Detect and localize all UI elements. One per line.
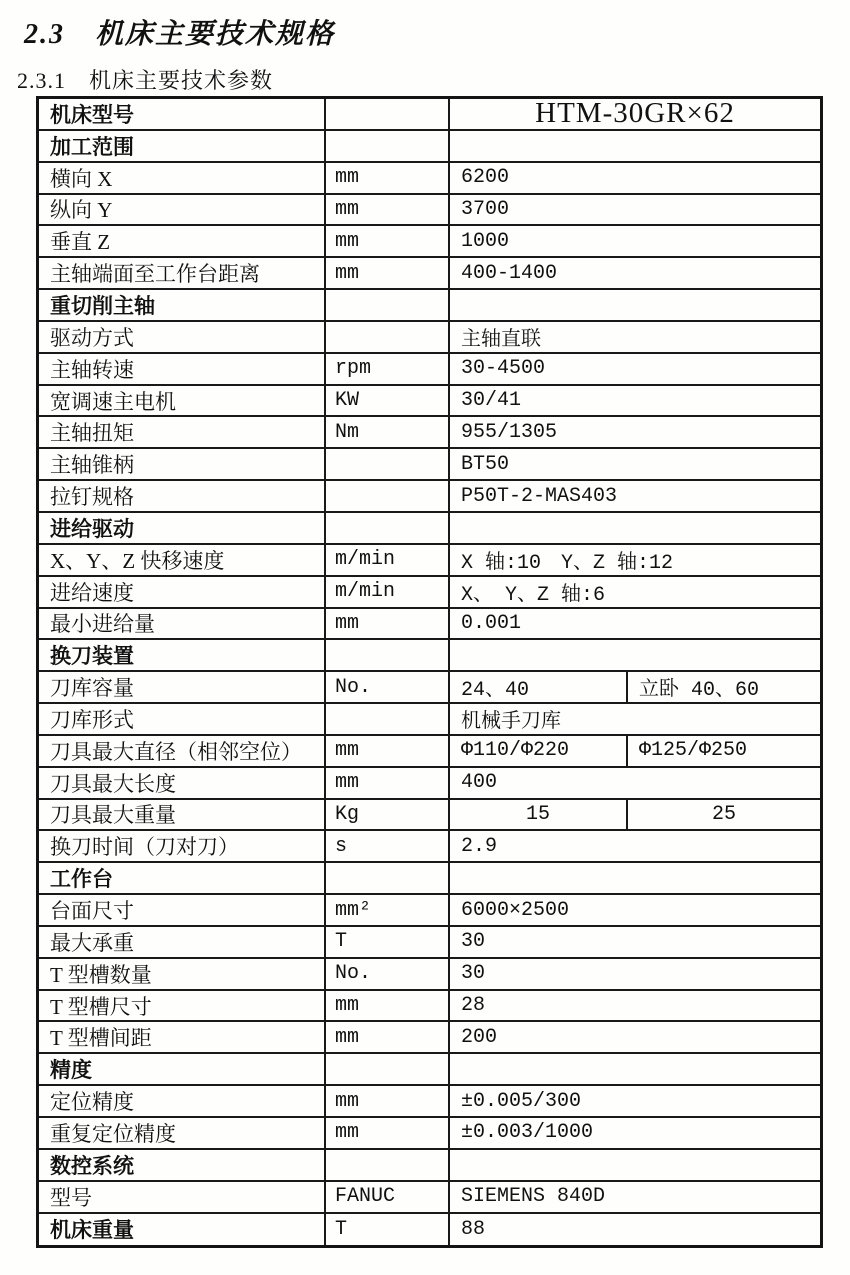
spec-unit-cell: rpm [326,354,450,384]
spec-label-cell: 换刀时间（刀对刀） [39,831,326,861]
spec-value-cell: 88 [450,1214,820,1246]
section-title: 2.3 机床主要技术规格 [24,12,335,52]
spec-unit-cell: s [326,831,450,861]
spec-unit-cell: mm [326,1086,450,1116]
table-row: 重切削主轴 [39,290,820,322]
spec-label-cell: 定位精度 [39,1086,326,1116]
subsection-title: 2.3.1 机床主要技术参数 [17,64,273,95]
spec-value-cell: 3700 [450,195,820,225]
spec-value-cell: SIEMENS 840D [450,1182,820,1212]
spec-label-cell: 拉钉规格 [39,481,326,511]
spec-unit-cell: mm [326,226,450,256]
spec-label-cell: 主轴端面至工作台距离 [39,258,326,288]
spec-unit-cell: No. [326,672,450,702]
spec-value-cell: 0.001 [450,609,820,639]
table-row: 横向 X mm 6200 [39,163,820,195]
spec-value-cell: 主轴直联 [450,322,820,352]
spec-value-cell-left: Φ110/Φ220 [450,736,626,766]
table-row: 刀具最大重量 Kg 1525 [39,800,820,832]
spec-value-cell [450,290,820,320]
spec-value-cell: 2.9 [450,831,820,861]
spec-value-cell: X 轴:10 Y、Z 轴:12 [450,545,820,575]
spec-value-cell: 400-1400 [450,258,820,288]
spec-value-cell: 30 [450,959,820,989]
table-row: 拉钉规格 P50T-2-MAS403 [39,481,820,513]
spec-label-cell: 机床重量 [39,1214,326,1246]
spec-unit-cell [326,322,450,352]
spec-label-cell: 刀具最大长度 [39,768,326,798]
spec-label-cell: 最小进给量 [39,609,326,639]
table-row: 型号 FANUC SIEMENS 840D [39,1182,820,1214]
table-row: 刀库形式 机械手刀库 [39,704,820,736]
spec-value-cell: BT50 [450,449,820,479]
table-row: 主轴扭矩 Nm 955/1305 [39,417,820,449]
table-row: 进给速度 m/min X、 Y、Z 轴:6 [39,577,820,609]
spec-label-cell: 刀具最大直径（相邻空位） [39,736,326,766]
spec-value-cell: 24、40立卧 40、60 [450,672,820,702]
spec-value-cell: 30-4500 [450,354,820,384]
spec-label-cell: 主轴锥柄 [39,449,326,479]
spec-unit-cell [326,640,450,670]
spec-value-cell: 30/41 [450,386,820,416]
spec-value-cell [450,1054,820,1084]
spec-unit-cell: KW [326,386,450,416]
spec-value-cell [450,513,820,543]
table-row: T 型槽间距 mm 200 [39,1022,820,1054]
spec-value-cell: 机械手刀库 [450,704,820,734]
spec-unit-cell [326,513,450,543]
spec-value-cell: 400 [450,768,820,798]
spec-unit-cell [326,131,450,161]
spec-label-cell: 进给速度 [39,577,326,607]
table-row: 驱动方式 主轴直联 [39,322,820,354]
spec-unit-cell: mm [326,609,450,639]
spec-label-cell: X、Y、Z 快移速度 [39,545,326,575]
spec-value-cell [450,131,820,161]
table-row: 换刀装置 [39,640,820,672]
spec-label-cell: 台面尺寸 [39,895,326,925]
spec-label-cell: 宽调速主电机 [39,386,326,416]
spec-value-cell: 1525 [450,800,820,830]
spec-unit-cell: mm [326,258,450,288]
spec-value-cell-right: 25 [626,800,820,830]
table-row: 机床重量 T 88 [39,1214,820,1246]
spec-label-cell: 主轴扭矩 [39,417,326,447]
spec-unit-cell: mm [326,163,450,193]
spec-value-cell: 6200 [450,163,820,193]
document-page: 2.3 机床主要技术规格 2.3.1 机床主要技术参数 机床型号 HTM-30G… [0,0,850,1275]
spec-unit-cell: mm [326,195,450,225]
spec-label-cell: 工作台 [39,863,326,893]
spec-unit-cell [326,449,450,479]
spec-value-cell-right: Φ125/Φ250 [626,736,820,766]
table-row: 最大承重 T 30 [39,927,820,959]
table-row: 进给驱动 [39,513,820,545]
spec-value-cell [450,1150,820,1180]
spec-unit-cell: mm [326,736,450,766]
spec-label-cell: 垂直 Z [39,226,326,256]
spec-unit-cell [326,99,450,129]
table-row: 数控系统 [39,1150,820,1182]
spec-label-cell: 主轴转速 [39,354,326,384]
spec-unit-cell: m/min [326,545,450,575]
spec-label-cell: 型号 [39,1182,326,1212]
spec-label-cell: 刀库形式 [39,704,326,734]
spec-value-cell [450,863,820,893]
spec-label-cell: T 型槽间距 [39,1022,326,1052]
table-row: X、Y、Z 快移速度 m/min X 轴:10 Y、Z 轴:12 [39,545,820,577]
spec-value-cell: ±0.005/300 [450,1086,820,1116]
table-row: 主轴转速 rpm 30-4500 [39,354,820,386]
spec-value-cell: 6000×2500 [450,895,820,925]
spec-table: 机床型号 HTM-30GR×62 加工范围 横向 X mm 6200 纵向 Y … [36,96,823,1248]
spec-unit-cell: mm [326,991,450,1021]
spec-unit-cell [326,1054,450,1084]
spec-unit-cell: T [326,927,450,957]
spec-unit-cell: mm [326,1022,450,1052]
spec-value-cell-left: 24、40 [450,672,626,702]
table-row: 最小进给量 mm 0.001 [39,609,820,641]
table-row: 精度 [39,1054,820,1086]
table-row: 重复定位精度 mm ±0.003/1000 [39,1118,820,1150]
table-row: 纵向 Y mm 3700 [39,195,820,227]
spec-value-cell: 1000 [450,226,820,256]
table-row: 工作台 [39,863,820,895]
table-row: 刀具最大直径（相邻空位） mm Φ110/Φ220Φ125/Φ250 [39,736,820,768]
table-row: 机床型号 HTM-30GR×62 [39,99,820,131]
table-row: 刀具最大长度 mm 400 [39,768,820,800]
spec-label-cell: 机床型号 [39,99,326,129]
spec-value-cell-right: 立卧 40、60 [626,672,820,702]
table-row: 加工范围 [39,131,820,163]
table-row: T 型槽尺寸 mm 28 [39,991,820,1023]
spec-label-cell: 重切削主轴 [39,290,326,320]
spec-unit-cell [326,481,450,511]
spec-value-cell: 200 [450,1022,820,1052]
table-row: 定位精度 mm ±0.005/300 [39,1086,820,1118]
spec-label-cell: 数控系统 [39,1150,326,1180]
spec-value-cell: ±0.003/1000 [450,1118,820,1148]
table-row: 垂直 Z mm 1000 [39,226,820,258]
spec-value-cell: X、 Y、Z 轴:6 [450,577,820,607]
spec-value-cell: 955/1305 [450,417,820,447]
spec-label-cell: 重复定位精度 [39,1118,326,1148]
spec-label-cell: T 型槽尺寸 [39,991,326,1021]
spec-unit-cell: mm [326,1118,450,1148]
spec-label-cell: 纵向 Y [39,195,326,225]
table-row: 换刀时间（刀对刀） s 2.9 [39,831,820,863]
spec-label-cell: 刀具最大重量 [39,800,326,830]
spec-unit-cell: mm [326,768,450,798]
spec-label-cell: 驱动方式 [39,322,326,352]
spec-unit-cell: mm² [326,895,450,925]
spec-label-cell: 精度 [39,1054,326,1084]
spec-unit-cell [326,290,450,320]
spec-value-cell: 28 [450,991,820,1021]
table-row: 主轴锥柄 BT50 [39,449,820,481]
table-row: 台面尺寸 mm² 6000×2500 [39,895,820,927]
spec-value-cell: P50T-2-MAS403 [450,481,820,511]
spec-unit-cell [326,863,450,893]
spec-value-cell: HTM-30GR×62 [450,99,820,129]
spec-unit-cell [326,1150,450,1180]
spec-value-cell: Φ110/Φ220Φ125/Φ250 [450,736,820,766]
spec-label-cell: 刀库容量 [39,672,326,702]
spec-unit-cell: T [326,1214,450,1246]
spec-label-cell: 最大承重 [39,927,326,957]
spec-unit-cell: m/min [326,577,450,607]
spec-unit-cell: No. [326,959,450,989]
spec-label-cell: 换刀装置 [39,640,326,670]
spec-value-cell: 30 [450,927,820,957]
table-row: 刀库容量 No. 24、40立卧 40、60 [39,672,820,704]
spec-unit-cell: Nm [326,417,450,447]
table-row: 主轴端面至工作台距离 mm 400-1400 [39,258,820,290]
spec-label-cell: T 型槽数量 [39,959,326,989]
spec-label-cell: 横向 X [39,163,326,193]
table-row: 宽调速主电机 KW 30/41 [39,386,820,418]
spec-unit-cell [326,704,450,734]
spec-unit-cell: FANUC [326,1182,450,1212]
table-row: T 型槽数量 No. 30 [39,959,820,991]
spec-value-cell [450,640,820,670]
spec-value-cell-left: 15 [450,800,626,830]
spec-label-cell: 加工范围 [39,131,326,161]
spec-unit-cell: Kg [326,800,450,830]
spec-label-cell: 进给驱动 [39,513,326,543]
